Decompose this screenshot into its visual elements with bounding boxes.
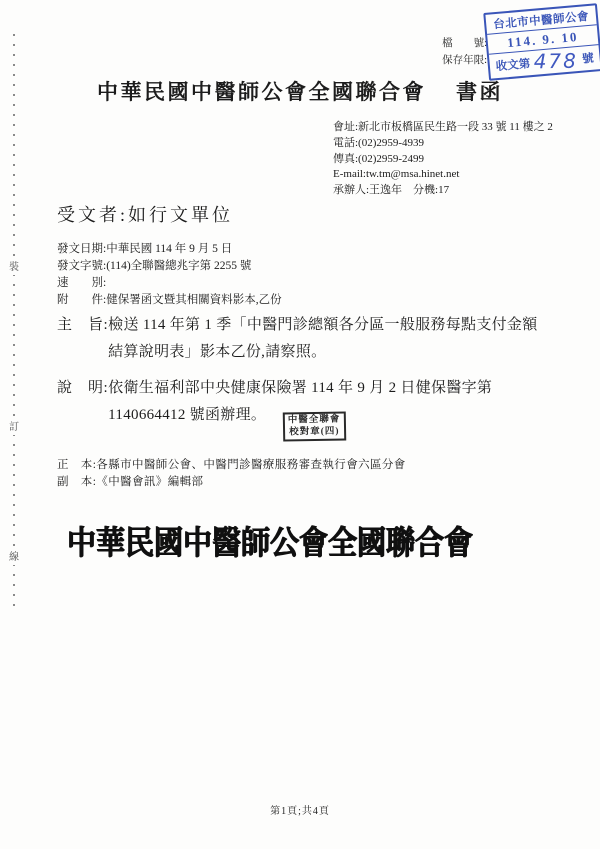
contact-address: 會址:新北市板橋區民生路一段 33 號 11 樓之 2 (333, 120, 553, 136)
cc-copy-value: 《中醫會訊》編輯部 (96, 476, 203, 488)
description-block: 說 明: 依衛生福利部中央健康保險署 114 年 9 月 2 日健保醫字第 11… (57, 375, 492, 429)
received-stamp: 台北市中醫師公會 114. 9. 10 收文第 478 號 (483, 3, 600, 81)
contact-email: E-mail:tw.tm@msa.hinet.net (333, 167, 553, 183)
title-org-name: 中華民國中醫師公會全國聯合會 (97, 80, 426, 104)
cc-copy-line: 副 本:《中醫會訊》編輯部 (57, 474, 406, 491)
document-page: 裝 訂 線 檔 號: 保存年限: 台北市中醫師公會 114. 9. 10 收文第… (0, 0, 600, 849)
archive-labels: 檔 號: 保存年限: (420, 35, 487, 69)
binding-mark-zhuang: 裝 (5, 256, 23, 275)
contact-phone: 電話:(02)2959-4939 (333, 136, 553, 152)
recipient-line: 受文者:如行文單位 (57, 201, 233, 227)
proof-stamp-line1: 中醫全聯會 (288, 415, 341, 427)
page-footer: 第1頁;共4頁 (0, 802, 600, 817)
original-copy-label: 正 本: (57, 459, 96, 471)
attachment-line: 附 件:健保署函文暨其相關資料影本,乙份 (57, 292, 282, 309)
receipt-prefix: 收文第 (495, 55, 531, 74)
subject-label: 主 旨: (57, 312, 108, 339)
org-seal-calligraphy: 中華民國中醫師公會全國聯合會 (0, 518, 540, 564)
subject-block: 主 旨: 檢送 114 年第 1 季「中醫門診總額各分區一般服務每點支付金額 結… (57, 312, 538, 366)
contact-fax: 傳真:(02)2959-2499 (333, 152, 553, 168)
copies-block: 正 本:各縣市中醫師公會、中醫門診醫療服務審查執行會六區分會 副 本:《中醫會訊… (57, 457, 406, 490)
description-line1: 依衛生福利部中央健康保險署 114 年 9 月 2 日健保醫字第 (108, 375, 492, 402)
subject-line1: 檢送 114 年第 1 季「中醫門診總額各分區一般服務每點支付金額 (108, 312, 537, 339)
subject-body: 檢送 114 年第 1 季「中醫門診總額各分區一般服務每點支付金額 結算說明表」… (108, 312, 537, 366)
receipt-suffix: 號 (581, 50, 594, 67)
description-label: 說 明: (57, 375, 108, 402)
archive-number-label: 檔 號: (420, 35, 487, 52)
doc-number-line: 發文字號:(114)全聯醫總兆字第 2255 號 (57, 258, 282, 275)
binding-mark-ding: 訂 (5, 416, 23, 435)
priority-line: 速 別: (57, 275, 282, 292)
title-doc-type: 書函 (456, 80, 503, 104)
original-copy-line: 正 本:各縣市中醫師公會、中醫門診醫療服務審查執行會六區分會 (57, 457, 406, 474)
proof-stamp-line2: 校對章(四) (288, 426, 341, 438)
retention-period-label: 保存年限: (420, 52, 487, 69)
receipt-number-handwritten: 478 (534, 49, 579, 74)
subject-line2: 結算說明表」影本乙份,請察照。 (108, 339, 537, 366)
cc-copy-label: 副 本: (57, 476, 96, 488)
meta-block: 發文日期:中華民國 114 年 9 月 5 日 發文字號:(114)全聯醫總兆字… (57, 241, 282, 309)
original-copy-value: 各縣市中醫師公會、中醫門診醫療服務審查執行會六區分會 (96, 459, 405, 471)
issue-date-line: 發文日期:中華民國 114 年 9 月 5 日 (57, 241, 282, 258)
contact-handler: 承辦人:王逸年 分機:17 (333, 183, 553, 199)
contact-block: 會址:新北市板橋區民生路一段 33 號 11 樓之 2 電話:(02)2959-… (333, 120, 553, 199)
proofreading-stamp: 中醫全聯會 校對章(四) (283, 411, 346, 441)
page-title: 中華民國中醫師公會全國聯合會書函 (0, 76, 600, 106)
